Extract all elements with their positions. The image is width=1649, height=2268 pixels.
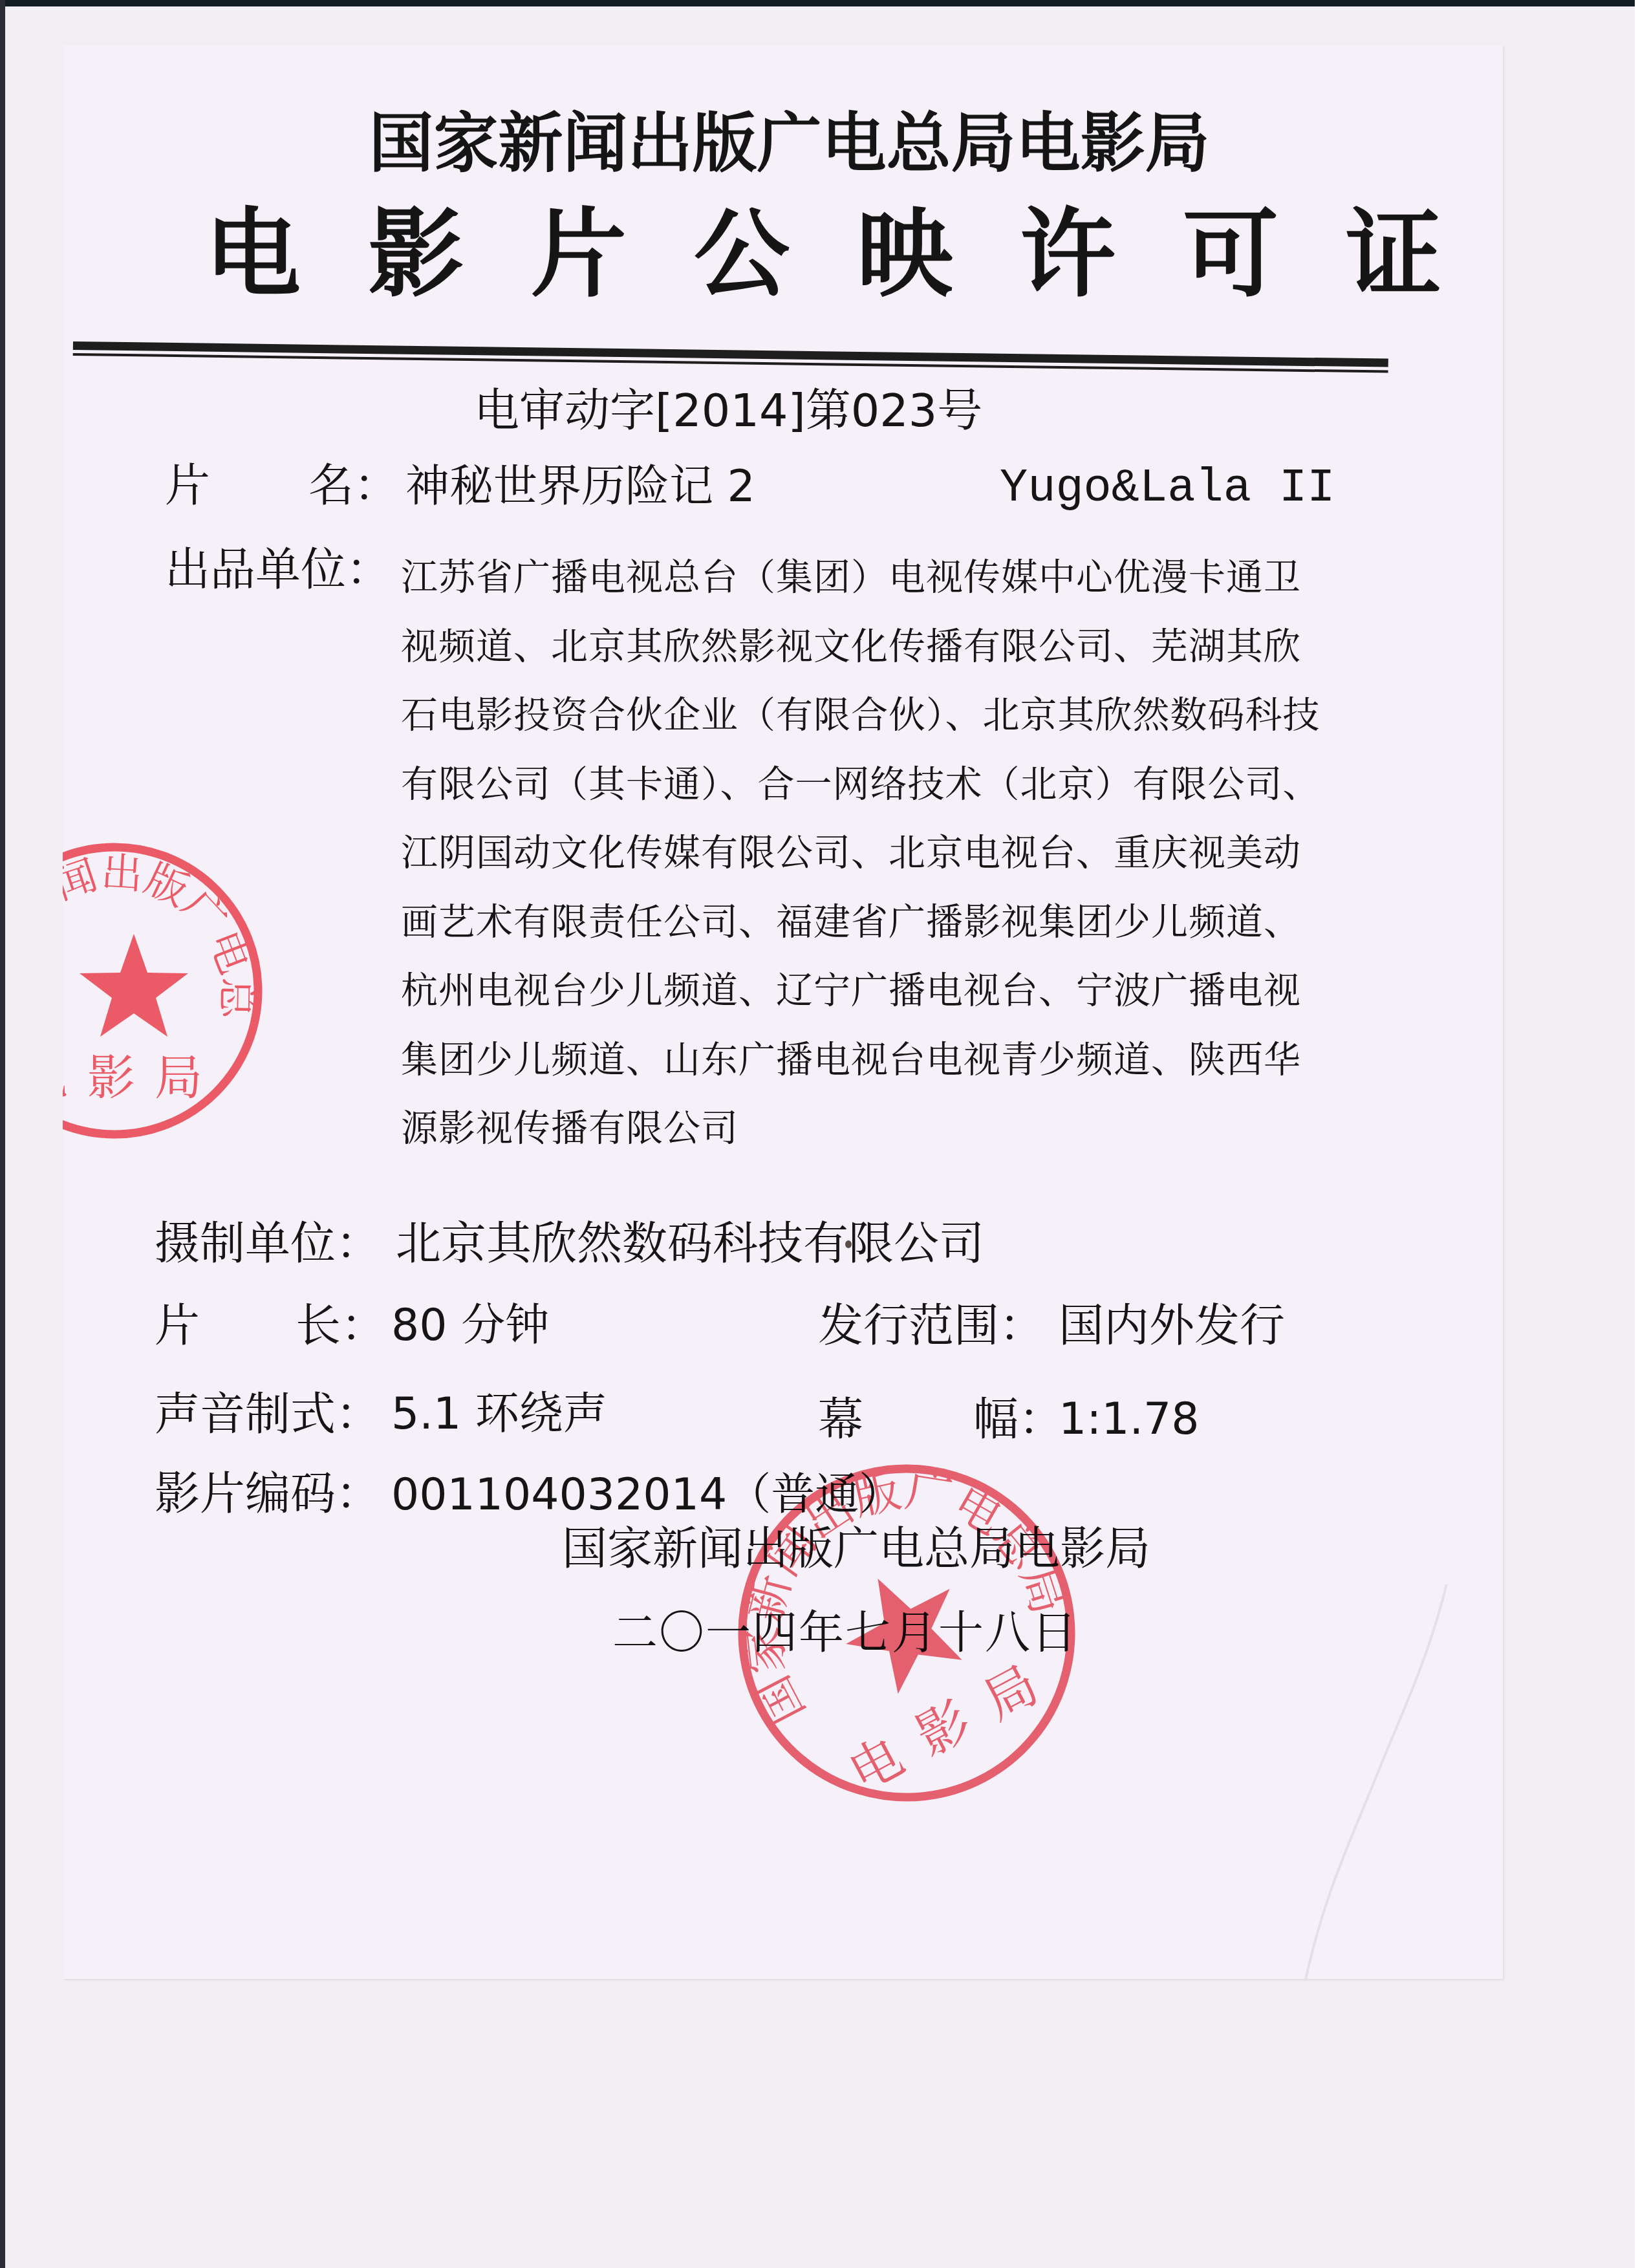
producers-line: 石电影投资合伙企业（有限合伙）、北京其欣然数码科技 (401, 681, 1326, 750)
scanner-edge-left (0, 0, 5, 2268)
svg-text:国家新闻出版广电总局: 国家新闻出版广电总局 (63, 849, 261, 1020)
distribution-value: 国内外发行 (1059, 1297, 1285, 1355)
film-code-label: 影片编码： (155, 1465, 381, 1523)
producers-list: 江苏省广播电视总台（集团）电视传媒中心优漫卡通卫 视频道、北京其欣然影视文化传播… (401, 543, 1326, 1163)
page-title: 电影片公映许可证 (205, 199, 1503, 309)
distribution-label: 发行范围： (818, 1297, 1044, 1355)
film-name-label-1: 片 (165, 457, 210, 515)
double-rule-divider (73, 341, 1388, 378)
aspect-label-2: 幅： (973, 1390, 1064, 1449)
film-name-cn: 神秘世界历险记 2 (405, 458, 755, 516)
length-label-2: 长： (296, 1297, 386, 1355)
producers-line: 视频道、北京其欣然影视文化传播有限公司、芜湖其欣 (401, 612, 1326, 682)
seal-center-text: 电影局 (63, 1050, 222, 1106)
production-unit-label: 摄制单位： (155, 1215, 381, 1273)
producers-line: 杭州电视台少儿频道、辽宁广播电视台、宁波广播电视 (401, 956, 1326, 1026)
document-number: 电审动字[2014]第023号 (474, 382, 982, 440)
star-icon (80, 934, 188, 1037)
producers-line: 集团少儿频道、山东广播电视台电视青少频道、陕西华 (401, 1026, 1326, 1095)
producers-line: 源影视传播有限公司 (401, 1094, 1326, 1163)
scanner-edge-right (1635, 0, 1649, 2268)
length-value: 80 分钟 (391, 1297, 549, 1355)
producers-line: 有限公司（其卡通）、合一网络技术（北京）有限公司、 (401, 750, 1326, 819)
aspect-value: 1:1.78 (1059, 1390, 1200, 1449)
film-name-en: Yugo&Lala II (1000, 459, 1335, 517)
scanner-edge-top (0, 0, 1636, 6)
film-name-label-2: 名： (308, 457, 399, 515)
issue-date: 二〇一四年七月十八日 (612, 1604, 1078, 1662)
producers-line: 江阴国动文化传媒有限公司、北京电视台、重庆视美动 (401, 819, 1326, 888)
issuing-authority: 国家新闻出版广电总局电影局 (562, 1520, 1150, 1578)
producers-label: 出品单位： (165, 541, 391, 599)
aspect-label-1: 幕 (818, 1390, 863, 1449)
length-label-1: 片 (155, 1297, 200, 1355)
producers-line: 画艺术有限责任公司、福建省广播影视集团少儿频道、 (401, 888, 1326, 957)
issuer-header: 国家新闻出版广电总局电影局 (63, 105, 1503, 182)
production-unit-value: 北京其欣然数码科技有限公司 (396, 1215, 984, 1273)
license-document: 国家新闻出版广电总局电影局 电影片公映许可证 电审动字[2014]第023号 片… (63, 45, 1503, 1979)
film-code-value: 001104032014（普通） (391, 1466, 903, 1524)
producers-line: 江苏省广播电视总台（集团）电视传媒中心优漫卡通卫 (401, 543, 1326, 612)
seal-center-text: 电影局 (839, 1643, 1070, 1803)
paper-speck (845, 1240, 852, 1248)
sound-label: 声音制式： (155, 1385, 381, 1443)
sound-value: 5.1 环绕声 (391, 1385, 607, 1443)
svg-text:国家新闻出版广电总局: 国家新闻出版广电总局 (676, 1402, 1083, 1760)
official-seal-left: 国家新闻出版广电总局 电影局 (63, 836, 270, 1146)
paper-crease (1278, 1584, 1472, 1979)
